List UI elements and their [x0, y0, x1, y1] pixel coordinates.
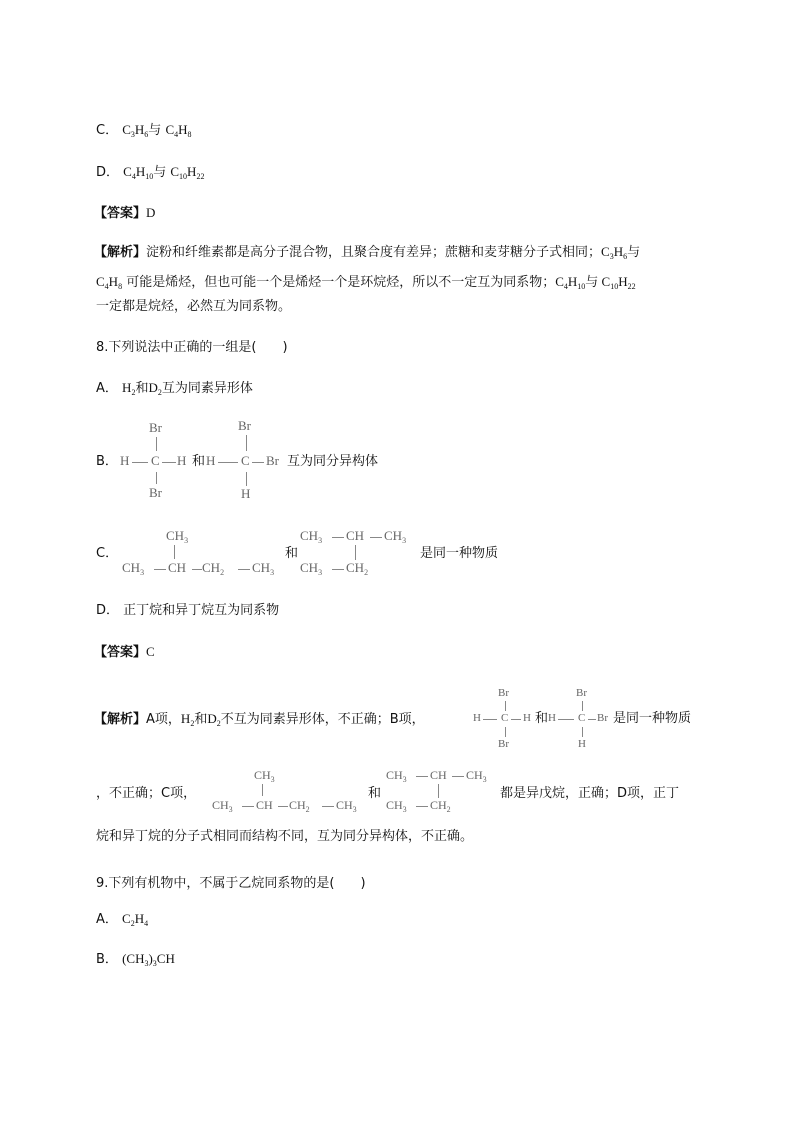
formula: C10H22	[598, 274, 635, 289]
option-text: 正丁烷和异丁烷互为同系物	[123, 603, 279, 618]
formula: C2H4	[122, 911, 148, 926]
analysis-tag: 【解析】	[94, 245, 146, 260]
analysis-text: 和	[194, 712, 207, 727]
isopentane-structure-3: CH3 CH3 CH CH2 CH3	[212, 768, 372, 818]
option-label: D．	[96, 165, 119, 180]
analysis-text: 不互为同素异形体，不正确；B项，	[221, 712, 425, 727]
q8-analysis-line2a: ，不正确；C项，	[96, 785, 196, 803]
conjunction: 与	[153, 165, 166, 180]
dibromomethane-structure-2: Br H C Br H	[206, 418, 296, 502]
q9-option-b: B． (CH3)3CH	[96, 950, 175, 969]
formula: H2	[181, 711, 194, 726]
q8-analysis-line3: 烷和异丁烷的分子式相同而结构不同，互为同分异构体，不正确。	[96, 828, 473, 846]
formula: D2	[207, 711, 220, 726]
analysis-tag: 【解析】	[94, 712, 146, 727]
dibromomethane-structure-4: Br H C Br H	[548, 687, 614, 753]
analysis-text: A项，	[146, 712, 181, 727]
option-label: A．	[96, 381, 118, 396]
q8-analysis-line2c: 都是异戊烷，正确；D项，正丁	[500, 785, 679, 803]
q8-option-b-text: 互为同分异构体	[287, 453, 378, 471]
q8-option-d: D． 正丁烷和异丁烷互为同系物	[96, 602, 279, 620]
q8-option-b-and: 和	[192, 453, 205, 471]
option-label: A．	[96, 912, 118, 927]
option-label: B．	[96, 952, 118, 967]
q7-answer: 【答案】D	[94, 204, 155, 223]
q9-option-a: A． C2H4	[96, 910, 148, 929]
answer-tag: 【答案】	[94, 206, 146, 221]
formula: C4H8	[165, 122, 191, 137]
q8-option-c-and: 和	[285, 545, 298, 563]
answer-tag: 【答案】	[94, 645, 146, 660]
isopentane-structure-2: CH3 CH CH3 CH3 CH2	[300, 528, 420, 578]
dibromomethane-structure-1: Br H C H Br	[120, 420, 200, 500]
analysis-text: 可能是烯烃，但也可能一个是烯烃一个是环烷烃，所以不一定互为同系物；	[126, 275, 555, 290]
formula: C4H10	[555, 274, 585, 289]
q8-option-b-label: B．	[96, 453, 118, 471]
answer-value: D	[146, 205, 155, 220]
q8-analysis-text: 是同一种物质	[613, 710, 691, 728]
analysis-text: 与	[585, 275, 598, 290]
q8-answer: 【答案】C	[94, 643, 155, 662]
q7-analysis-line1: 【解析】淀粉和纤维素都是高分子混合物，且聚合度有差异；蔗糖和麦芽糖分子式相同；C…	[94, 243, 640, 262]
option-label: C．	[96, 123, 118, 138]
formula: C3H6	[601, 244, 627, 259]
q7-option-d: D． C4H10与 C10H22	[96, 163, 204, 182]
analysis-text: 与	[627, 245, 640, 260]
option-text: 互为同素异形体	[162, 381, 253, 396]
formula: H2	[122, 380, 135, 395]
option-label: D．	[96, 603, 119, 618]
q8-option-c-text: 是同一种物质	[420, 545, 498, 563]
q8-analysis-and: 和	[535, 710, 548, 728]
formula: C10H22	[170, 164, 204, 179]
isopentane-structure-4: CH3 CH CH3 CH3 CH2	[386, 768, 506, 818]
conjunction: 和	[135, 381, 148, 396]
q8-option-a: A． H2和D2互为同素异形体	[96, 379, 253, 398]
q8-analysis-line1: 【解析】A项，H2和D2不互为同素异形体，不正确；B项，	[94, 710, 425, 729]
formula: C3H6	[122, 122, 148, 137]
answer-value: C	[146, 644, 155, 659]
conjunction: 与	[148, 123, 161, 138]
formula: D2	[148, 380, 161, 395]
dibromomethane-structure-3: Br H C H Br	[473, 687, 535, 753]
isopentane-structure-1: CH3 CH3 CH CH2 CH3	[122, 528, 292, 578]
formula: (CH3)3CH	[122, 951, 175, 966]
analysis-text: 淀粉和纤维素都是高分子混合物，且聚合度有差异；蔗糖和麦芽糖分子式相同；	[146, 245, 601, 260]
q7-option-c: C． C3H6与 C4H8	[96, 121, 192, 140]
formula: C4H10	[123, 164, 153, 179]
q7-analysis-line3: 一定都是烷烃，必然互为同系物。	[96, 298, 291, 316]
q9-stem: 9.下列有机物中，不属于乙烷同系物的是( )	[96, 875, 366, 893]
formula: C4H8	[96, 274, 122, 289]
q8-option-c-label: C．	[96, 545, 118, 563]
q7-analysis-line2: C4H8 可能是烯烃，但也可能一个是烯烃一个是环烷烃，所以不一定互为同系物；C4…	[96, 273, 636, 292]
q8-analysis-and-2: 和	[368, 785, 381, 803]
q8-stem: 8.下列说法中正确的一组是( )	[96, 339, 288, 357]
